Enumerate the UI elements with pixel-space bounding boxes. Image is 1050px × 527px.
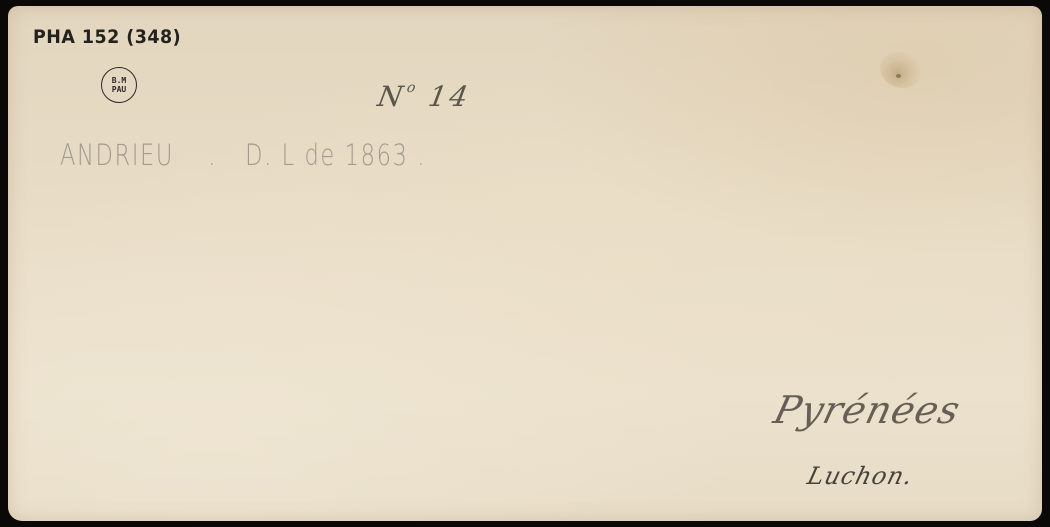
stamp-line-1: B.M (112, 76, 126, 85)
trailing-dot: . (417, 138, 426, 172)
item-number: No 14 (375, 80, 473, 113)
caption-place: Luchon. (805, 462, 917, 490)
scan-frame: PHA 152 (348) B.M PAU No 14 ANDRIEU.D. L… (0, 0, 1050, 527)
item-number-superscript: o (406, 80, 420, 96)
stain-speck (896, 74, 901, 78)
deposit-date: D. L de 1863 (245, 138, 408, 172)
pencil-annotation: ANDRIEU.D. L de 1863 . (60, 138, 426, 172)
separator-dot: . (208, 138, 217, 172)
library-stamp: B.M PAU (101, 67, 137, 103)
call-number: PHA 152 (348) (33, 26, 181, 48)
item-number-value: 14 (426, 80, 473, 113)
caption-region: Pyrénées (770, 388, 966, 432)
photo-card-back (8, 6, 1042, 521)
photographer-name: ANDRIEU (60, 138, 174, 172)
stamp-line-2: PAU (112, 85, 126, 94)
item-number-prefix: N (375, 80, 408, 113)
